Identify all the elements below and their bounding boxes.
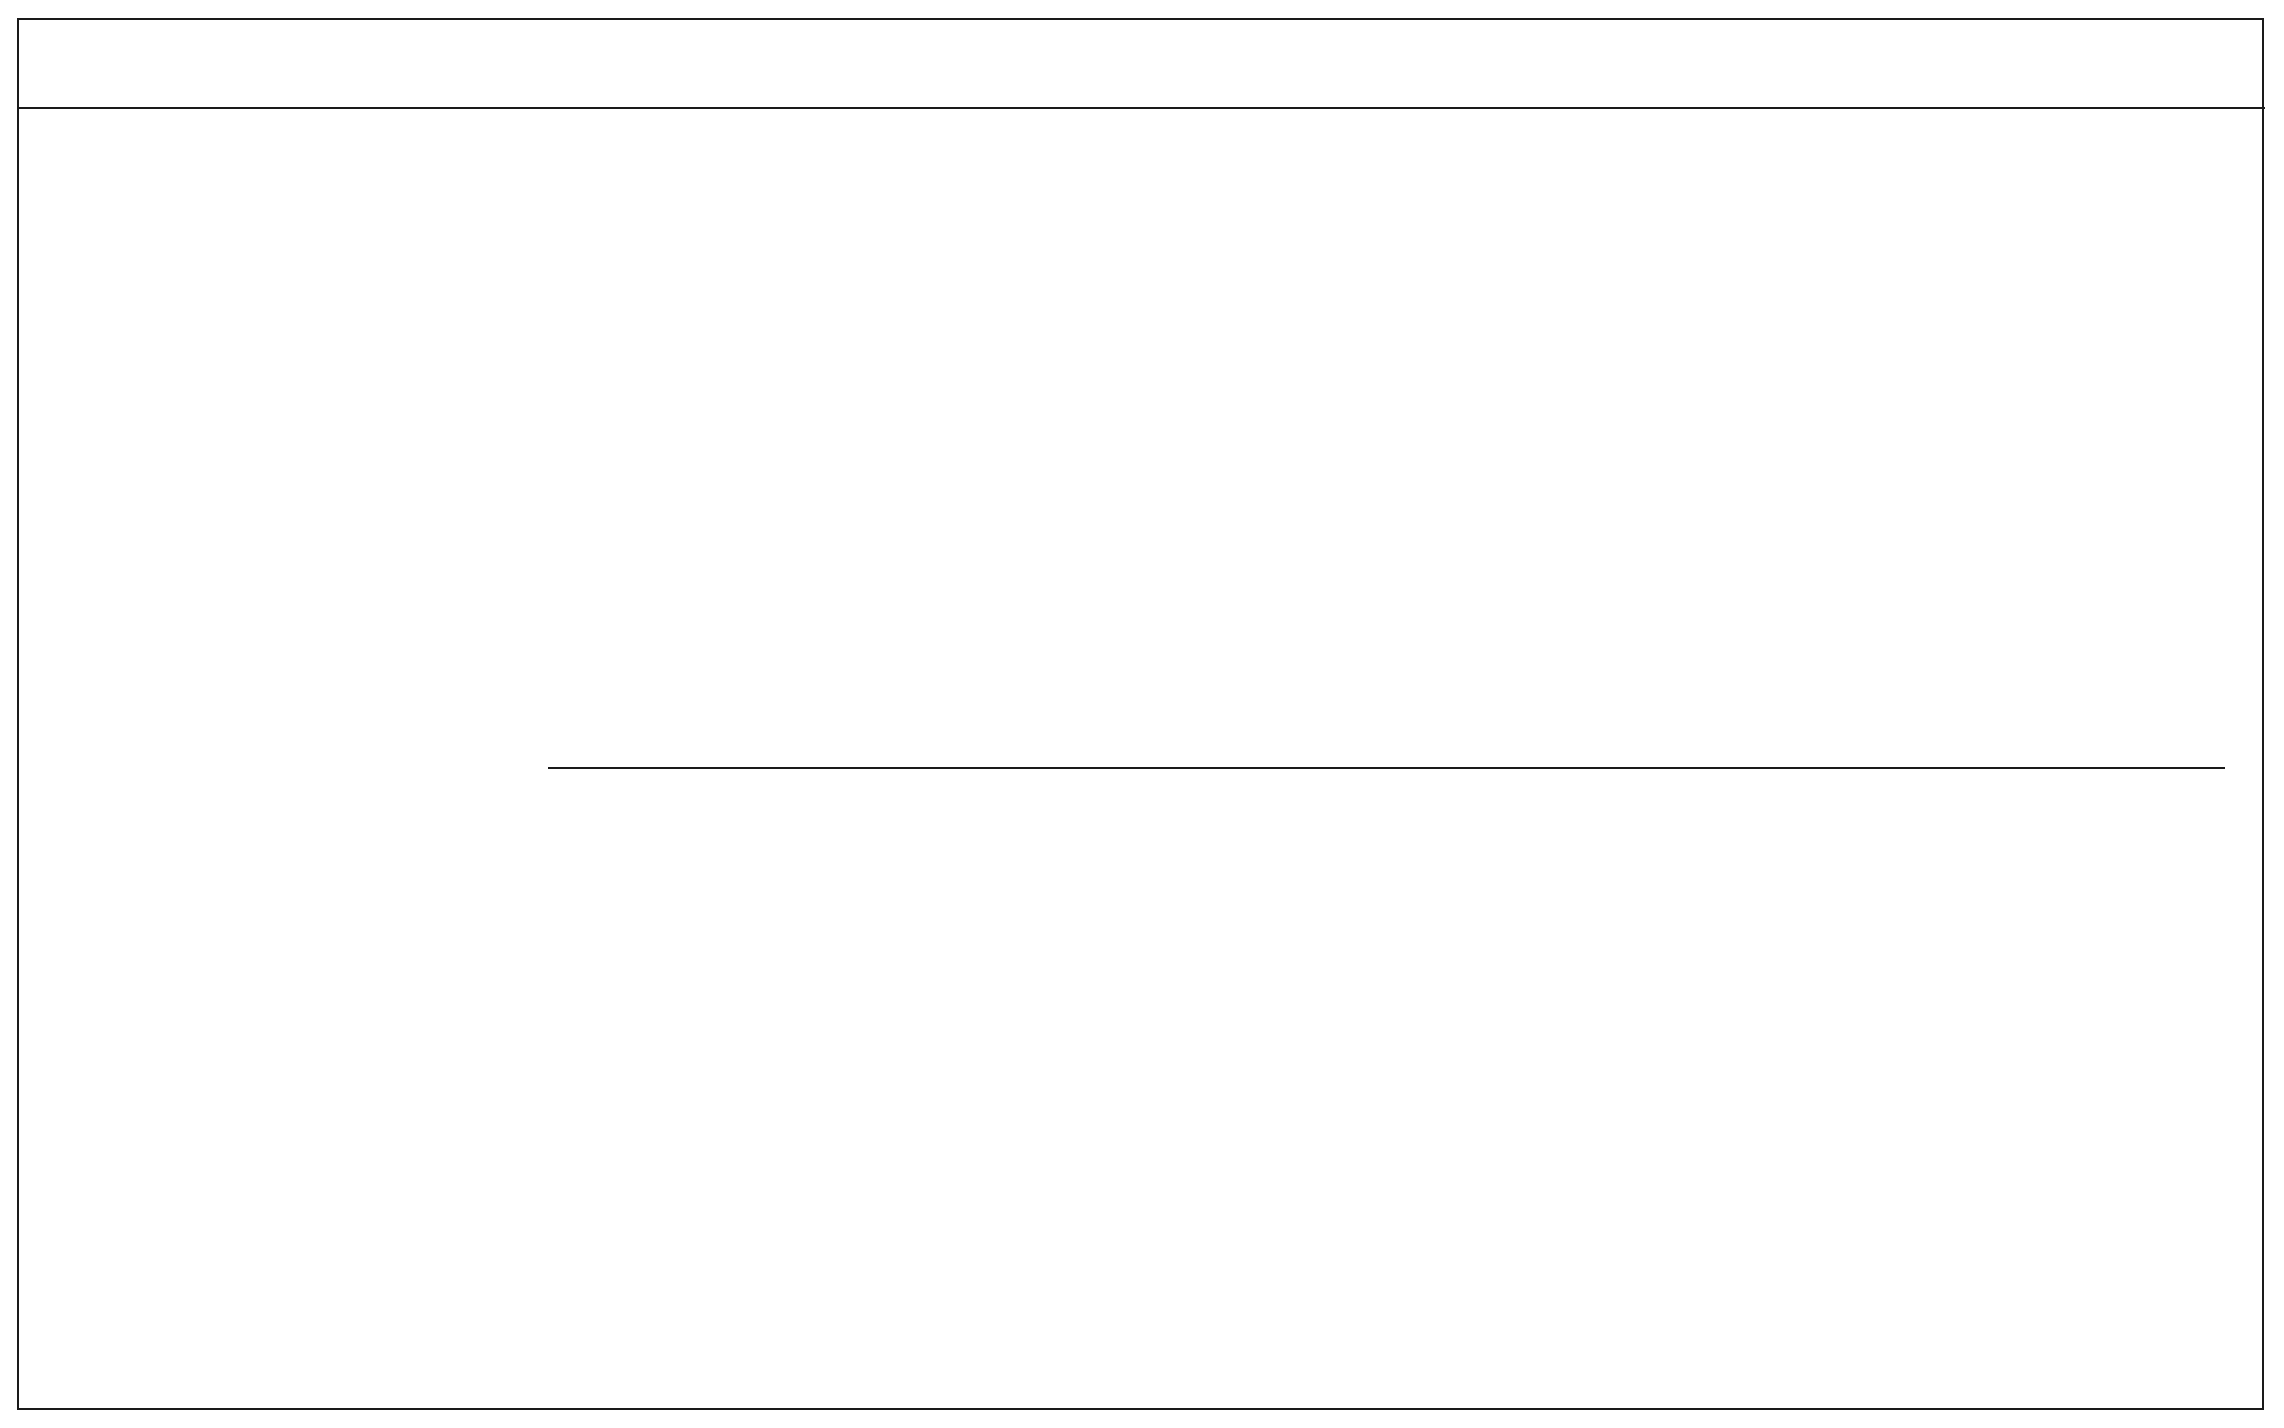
header-divider bbox=[17, 107, 2265, 109]
meritos-divider bbox=[548, 767, 2225, 769]
document-frame bbox=[17, 18, 2264, 1410]
